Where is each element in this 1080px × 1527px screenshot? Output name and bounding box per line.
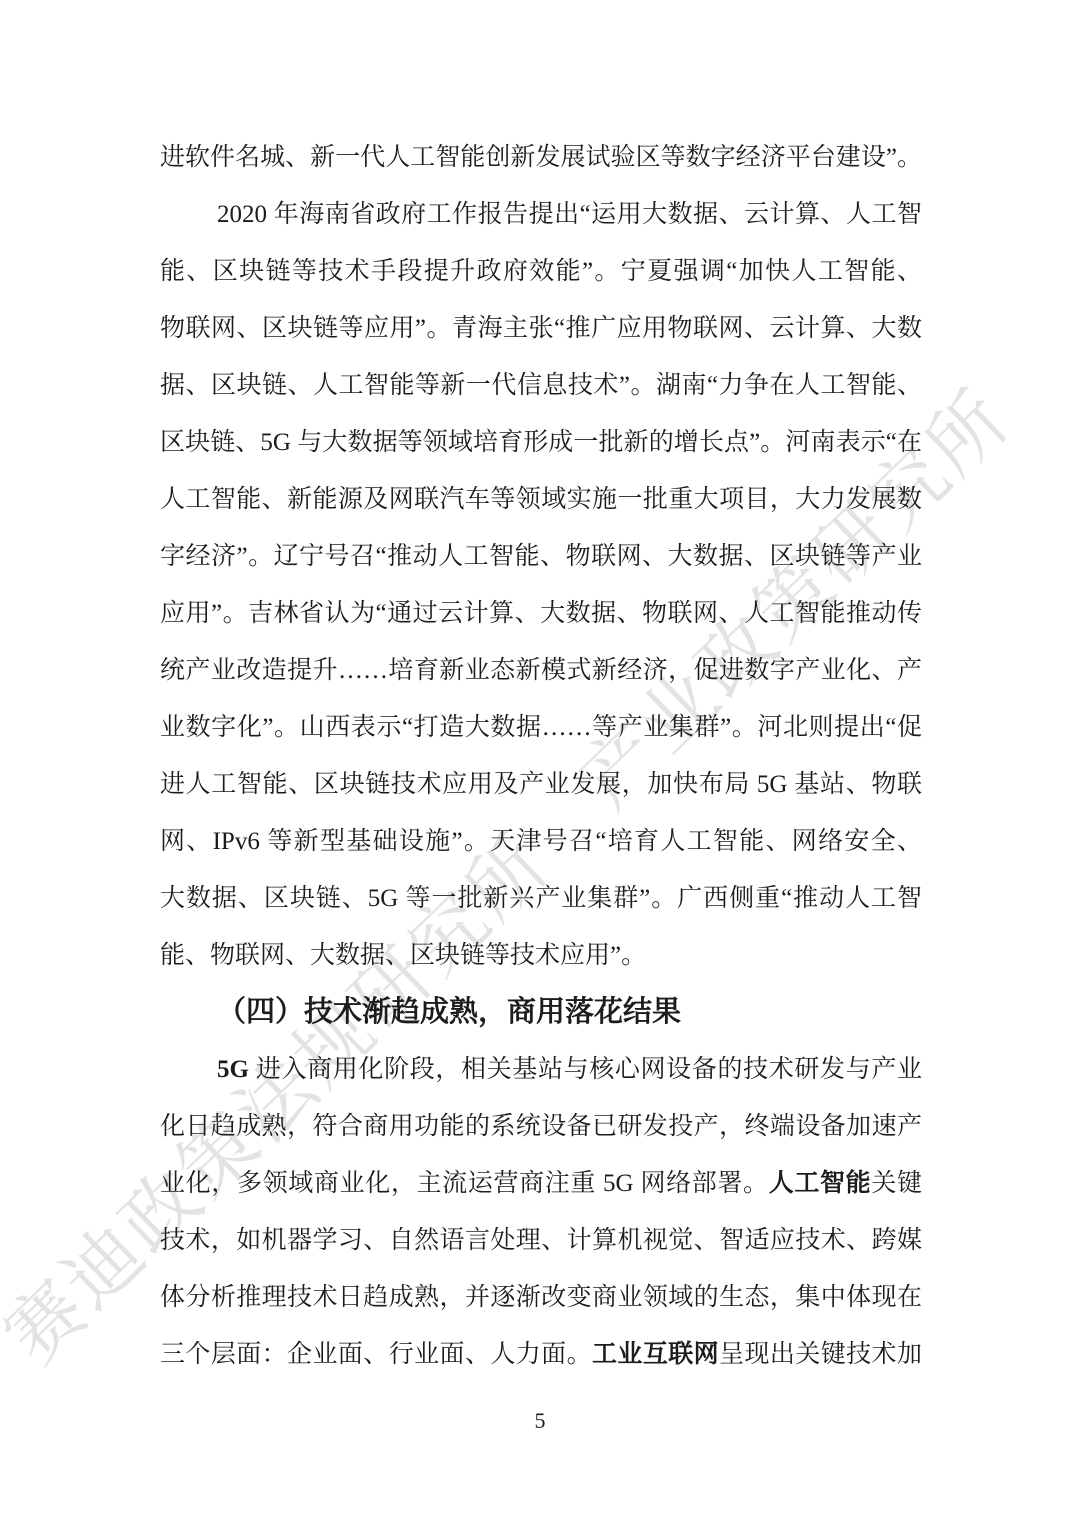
text-segment: 能、物联网、大数据、区块链等技术应用”。 [160,942,646,969]
text-line: 能、物联网、大数据、区块链等技术应用”。 [160,927,922,984]
text-line: 区块链、5G 与大数据等领域培育形成一批新的增长点”。河南表示“在 [160,414,922,471]
text-segment: 2020 年海南省政府工作报告提出“运用大数据、云计算、人工智 [217,201,922,228]
text-segment: 物联网、区块链等应用”。青海主张“推广应用物联网、云计算、大数 [160,315,922,342]
document-page: 赛迪政策法规研究所 产业政策研究所 进软件名城、新一代人工智能创新发展试验区等数… [0,0,1080,1527]
text-line: 网、IPv6 等新型基础设施”。天津号召“培育人工智能、网络安全、 [160,813,922,870]
text-line: 字经济”。辽宁号召“推动人工智能、物联网、大数据、区块链等产业 [160,528,922,585]
bold-text-segment: 人工智能 [769,1170,872,1197]
text-line: 能、区块链等技术手段提升政府效能”。宁夏强调“加快人工智能、 [160,243,922,300]
text-line: 三个层面：企业面、行业面、人力面。工业互联网呈现出关键技术加 [160,1326,922,1383]
text-line: 2020 年海南省政府工作报告提出“运用大数据、云计算、人工智 [160,186,922,243]
page-number: 5 [0,1408,1080,1434]
text-segment: 区块链、5G 与大数据等领域培育形成一批新的增长点”。河南表示“在 [160,429,922,456]
text-segment: 关键 [871,1170,922,1197]
page-content: 进软件名城、新一代人工智能创新发展试验区等数字经济平台建设”。2020 年海南省… [160,129,922,1383]
text-line: 业数字化”。山西表示“打造大数据……等产业集群”。河北则提出“促 [160,699,922,756]
text-segment: 进入商用化阶段，相关基站与核心网设备的技术研发与产业 [249,1056,922,1083]
text-line: 统产业改造提升……培育新业态新模式新经济，促进数字产业化、产 [160,642,922,699]
text-line: 人工智能、新能源及网联汽车等领域实施一批重大项目，大力发展数 [160,471,922,528]
text-segment: 能、区块链等技术手段提升政府效能”。宁夏强调“加快人工智能、 [160,258,922,285]
text-segment: 业数字化”。山西表示“打造大数据……等产业集群”。河北则提出“促 [160,714,922,741]
text-line: 5G 进入商用化阶段，相关基站与核心网设备的技术研发与产业 [160,1041,922,1098]
text-line: 大数据、区块链、5G 等一批新兴产业集群”。广西侧重“推动人工智 [160,870,922,927]
section-heading: （四）技术渐趋成熟，商用落花结果 [160,984,922,1041]
bold-text-segment: （四）技术渐趋成熟，商用落花结果 [217,996,681,1028]
text-line: 据、区块链、人工智能等新一代信息技术”。湖南“力争在人工智能、 [160,357,922,414]
text-segment: 应用”。吉林省认为“通过云计算、大数据、物联网、人工智能推动传 [160,600,922,627]
bold-text-segment: 5G [217,1056,249,1083]
text-line: 体分析推理技术日趋成熟，并逐渐改变商业领域的生态，集中体现在 [160,1269,922,1326]
text-segment: 业化，多领域商业化，主流运营商注重 5G 网络部署。 [160,1170,769,1197]
text-line: 进软件名城、新一代人工智能创新发展试验区等数字经济平台建设”。 [160,129,922,186]
text-segment: 大数据、区块链、5G 等一批新兴产业集群”。广西侧重“推动人工智 [160,885,922,912]
text-segment: 统产业改造提升……培育新业态新模式新经济，促进数字产业化、产 [160,657,922,684]
text-line: 化日趋成熟，符合商用功能的系统设备已研发投产，终端设备加速产 [160,1098,922,1155]
text-line: 应用”。吉林省认为“通过云计算、大数据、物联网、人工智能推动传 [160,585,922,642]
text-segment: 体分析推理技术日趋成熟，并逐渐改变商业领域的生态，集中体现在 [160,1284,922,1311]
text-line: 进人工智能、区块链技术应用及产业发展，加快布局 5G 基站、物联 [160,756,922,813]
text-segment: 据、区块链、人工智能等新一代信息技术”。湖南“力争在人工智能、 [160,372,922,399]
text-segment: 技术，如机器学习、自然语言处理、计算机视觉、智适应技术、跨媒 [160,1227,922,1254]
text-line: 技术，如机器学习、自然语言处理、计算机视觉、智适应技术、跨媒 [160,1212,922,1269]
text-segment: 进软件名城、新一代人工智能创新发展试验区等数字经济平台建设”。 [160,144,922,171]
text-segment: 呈现出关键技术加 [719,1341,922,1368]
text-segment: 进人工智能、区块链技术应用及产业发展，加快布局 5G 基站、物联 [160,771,922,798]
bold-text-segment: 工业互联网 [592,1341,719,1368]
text-line: 物联网、区块链等应用”。青海主张“推广应用物联网、云计算、大数 [160,300,922,357]
text-segment: 化日趋成熟，符合商用功能的系统设备已研发投产，终端设备加速产 [160,1113,922,1140]
text-line: 业化，多领域商业化，主流运营商注重 5G 网络部署。人工智能关键 [160,1155,922,1212]
text-segment: 三个层面：企业面、行业面、人力面。 [160,1341,592,1368]
text-segment: 字经济”。辽宁号召“推动人工智能、物联网、大数据、区块链等产业 [160,543,922,570]
text-segment: 人工智能、新能源及网联汽车等领域实施一批重大项目，大力发展数 [160,486,922,513]
text-segment: 网、IPv6 等新型基础设施”。天津号召“培育人工智能、网络安全、 [160,828,922,855]
